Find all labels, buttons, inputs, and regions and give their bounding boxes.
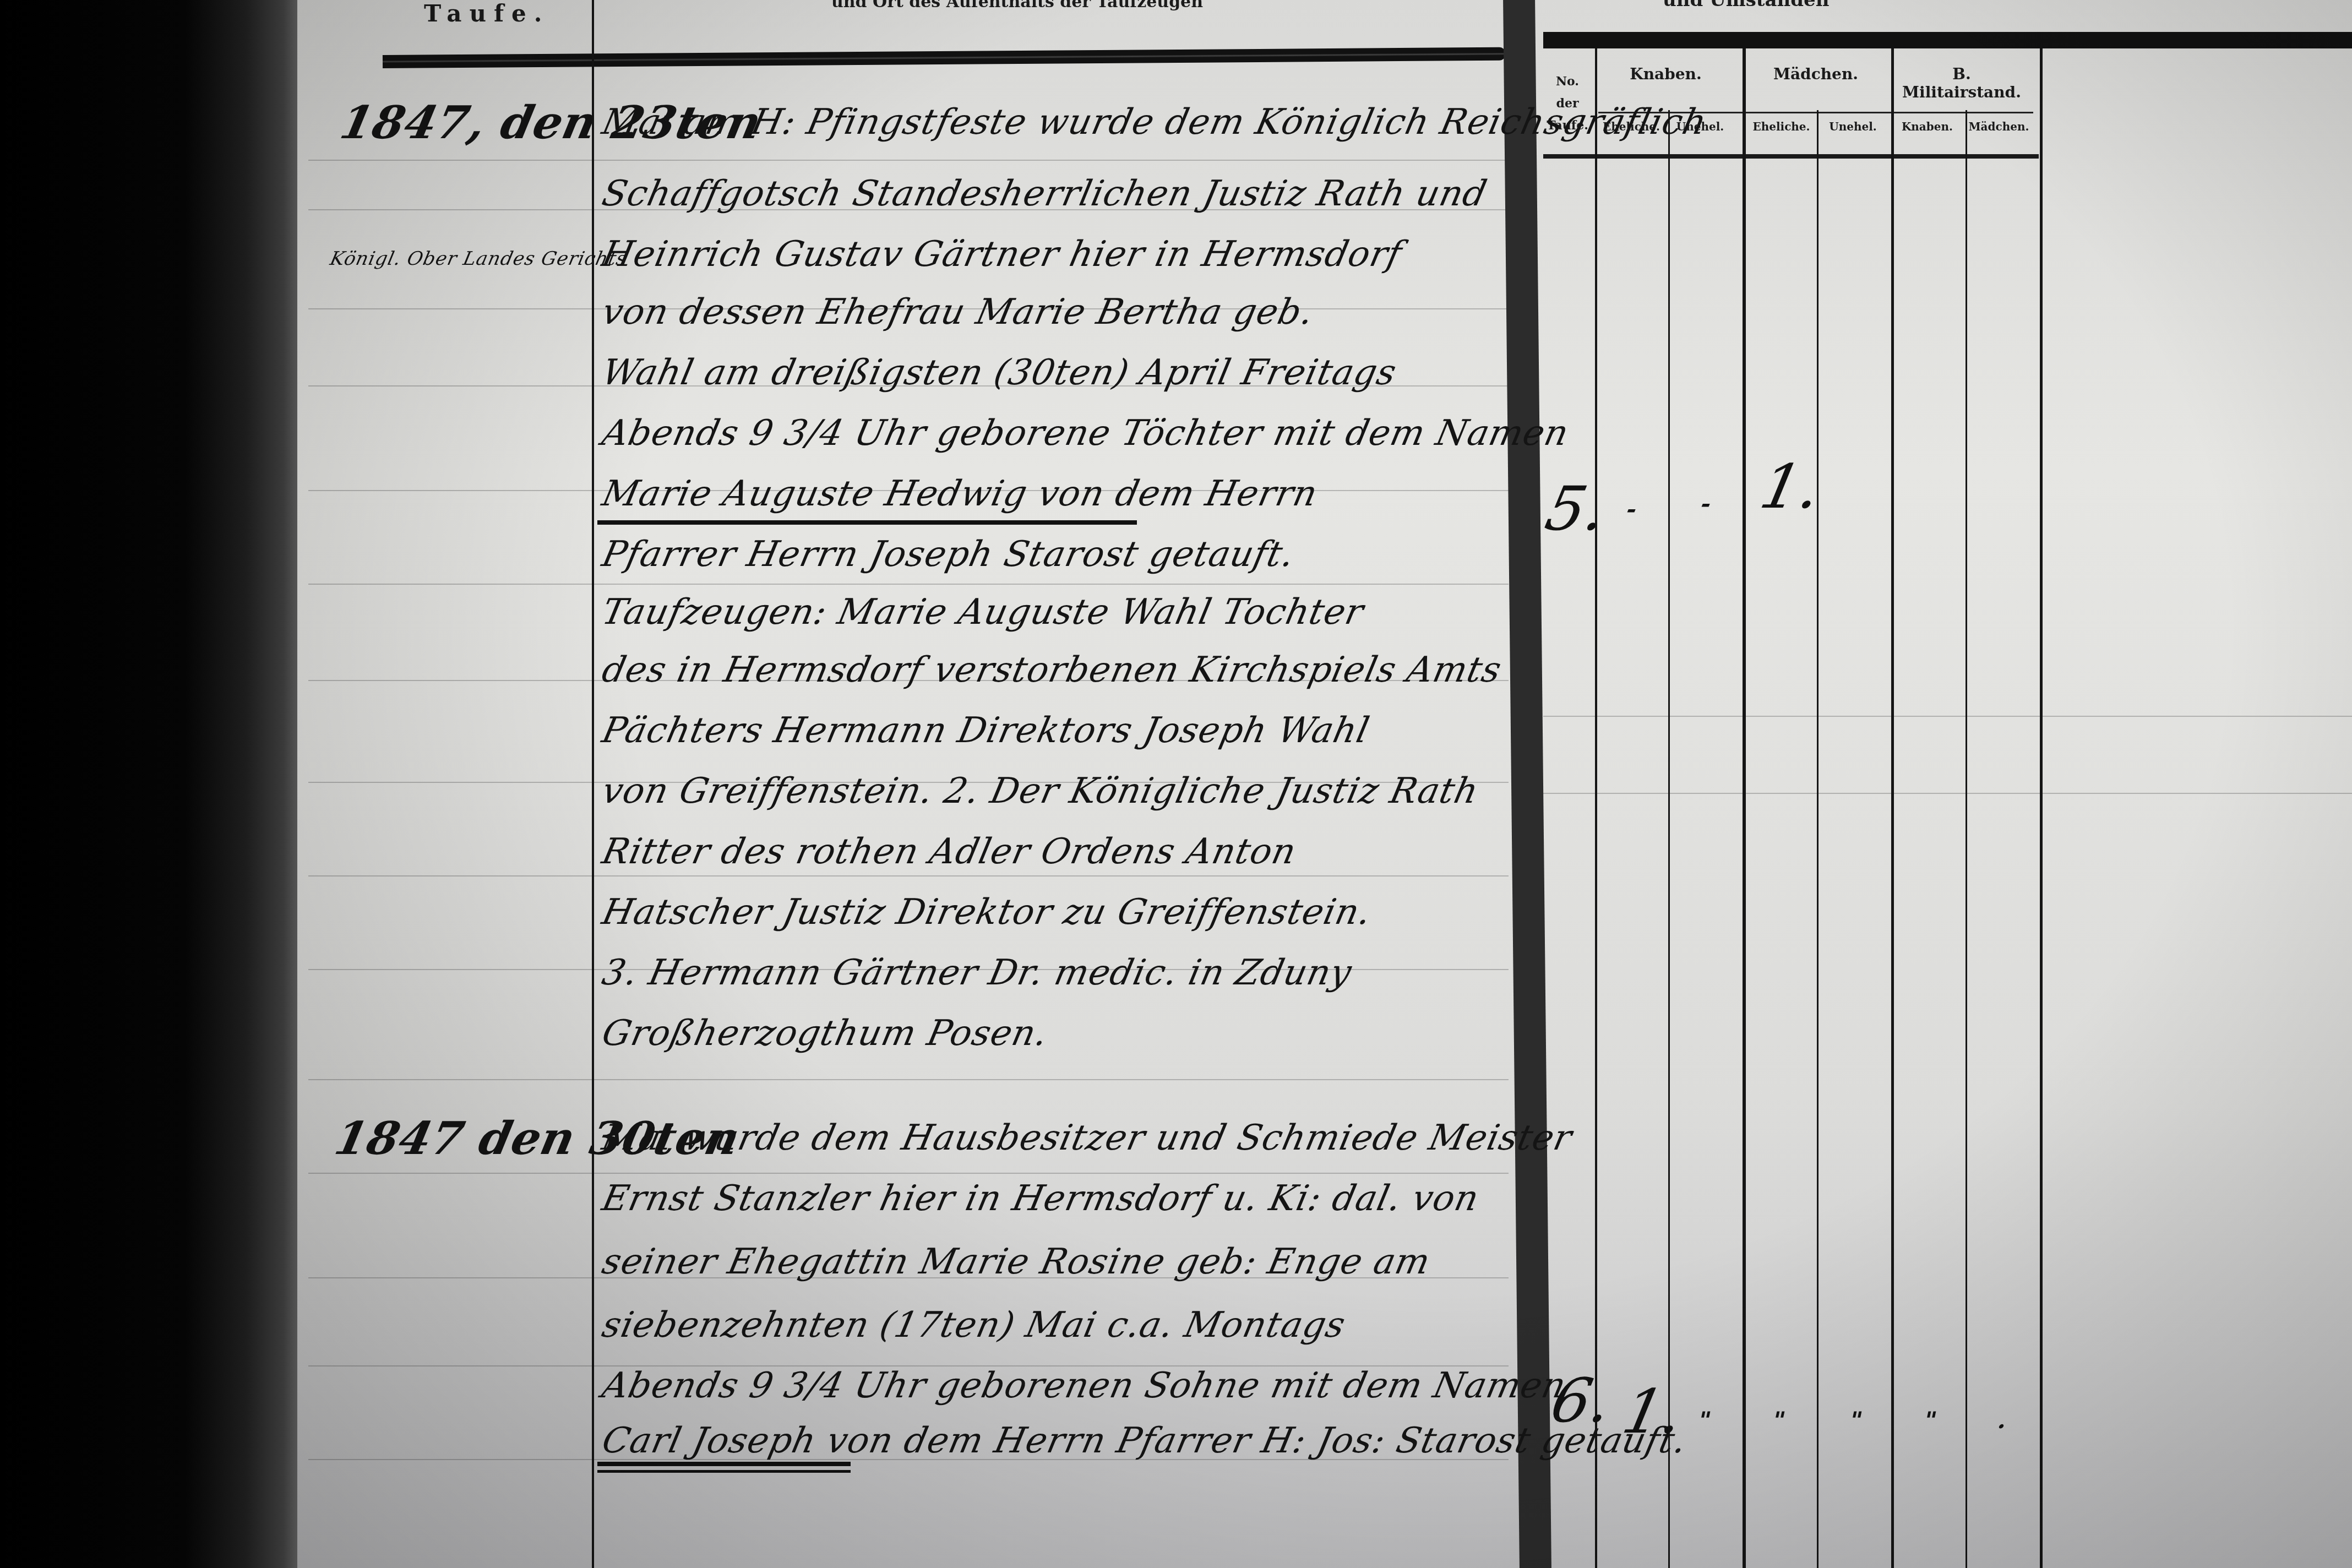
entry-1-margin-note: Königl. Ober Landes Gerichts	[328, 248, 629, 270]
entry-1-line: Mai am H: Pfingstfeste wurde dem Königli…	[598, 102, 1711, 143]
entry-2-name-underline-2	[597, 1470, 851, 1473]
entry-2-line: Abends 9 3/4 Uhr geborenen Sohne mit dem…	[598, 1365, 1570, 1406]
book-binding-shadow	[0, 0, 308, 1568]
entry-1-line: von Greiffenstein. 2. Der Königliche Jus…	[598, 771, 1482, 812]
sub-ehelich-2: Eheliche.	[1747, 120, 1816, 133]
entry-1-line: Pächters Hermann Direktors Joseph Wahl	[598, 710, 1373, 751]
entry-1-name-underline	[597, 520, 1137, 525]
entry-1-line: Hatscher Justiz Direktor zu Greiffenstei…	[598, 892, 1375, 933]
entry-1-line: Großherzogthum Posen.	[598, 1013, 1052, 1054]
entry-1-line: Heinrich Gustav Gärtner hier in Hermsdor…	[598, 234, 1406, 275]
entry-1-line: Abends 9 3/4 Uhr geborene Töchter mit de…	[598, 413, 1572, 454]
date-column-divider	[592, 0, 594, 1568]
entry-1-line: Marie Auguste Hedwig von dem Herrn	[598, 473, 1321, 514]
sub-unehel-2: Unehel.	[1819, 120, 1887, 133]
entry-1-line: Ritter des rothen Adler Ordens Anton	[598, 831, 1300, 872]
entry-1-line: von dessen Ehefrau Marie Bertha geb.	[598, 292, 1317, 333]
sub-mil-knaben: Knaben.	[1893, 120, 1962, 133]
entry-2-line: siebenzehnten (17ten) Mai c.a. Montags	[598, 1305, 1349, 1346]
entry-1-line: des in Hermsdorf verstorbenen Kirchspiel…	[598, 650, 1505, 690]
middle-column-title: und Ort des Aufenthalts der Taufzeugen	[831, 0, 1203, 12]
entry-1-line: Pfarrer Herrn Joseph Starost getauft.	[598, 534, 1298, 575]
militairstand-header: B. Militairstand.	[1893, 65, 2030, 101]
left-column-title: Taufe.	[424, 0, 549, 27]
entry-1-line: 3. Hermann Gärtner Dr. medic. in Zduny	[598, 952, 1355, 993]
knaben-header: Knaben.	[1598, 65, 1733, 83]
entry-1-line: Taufzeugen: Marie Auguste Wahl Tochter	[598, 592, 1368, 633]
sub-mil-maedchen: Mädchen.	[1964, 120, 2033, 133]
table-header-bottom-rule	[1543, 154, 2039, 159]
right-column-title: und Umständen	[1663, 0, 1829, 11]
right-header-rule	[1543, 32, 2352, 48]
entry-2-line: Ernst Stanzler hier in Hermsdorf u. Ki: …	[598, 1178, 1483, 1219]
entry-2-name-underline	[597, 1462, 851, 1466]
entry-2-line: Carl Joseph von dem Herrn Pfarrer H: Jos…	[598, 1420, 1690, 1461]
maedchen-header: Mädchen.	[1747, 65, 1885, 83]
entry-1-line: Schaffgotsch Standesherrlichen Justiz Ra…	[598, 173, 1490, 214]
entry-2-line: Mai wurde dem Hausbesitzer und Schmiede …	[598, 1118, 1576, 1158]
entry-1-line: Wahl am dreißigsten (30ten) April Freita…	[598, 352, 1400, 393]
entry-2-line: seiner Ehegattin Marie Rosine geb: Enge …	[598, 1242, 1434, 1282]
